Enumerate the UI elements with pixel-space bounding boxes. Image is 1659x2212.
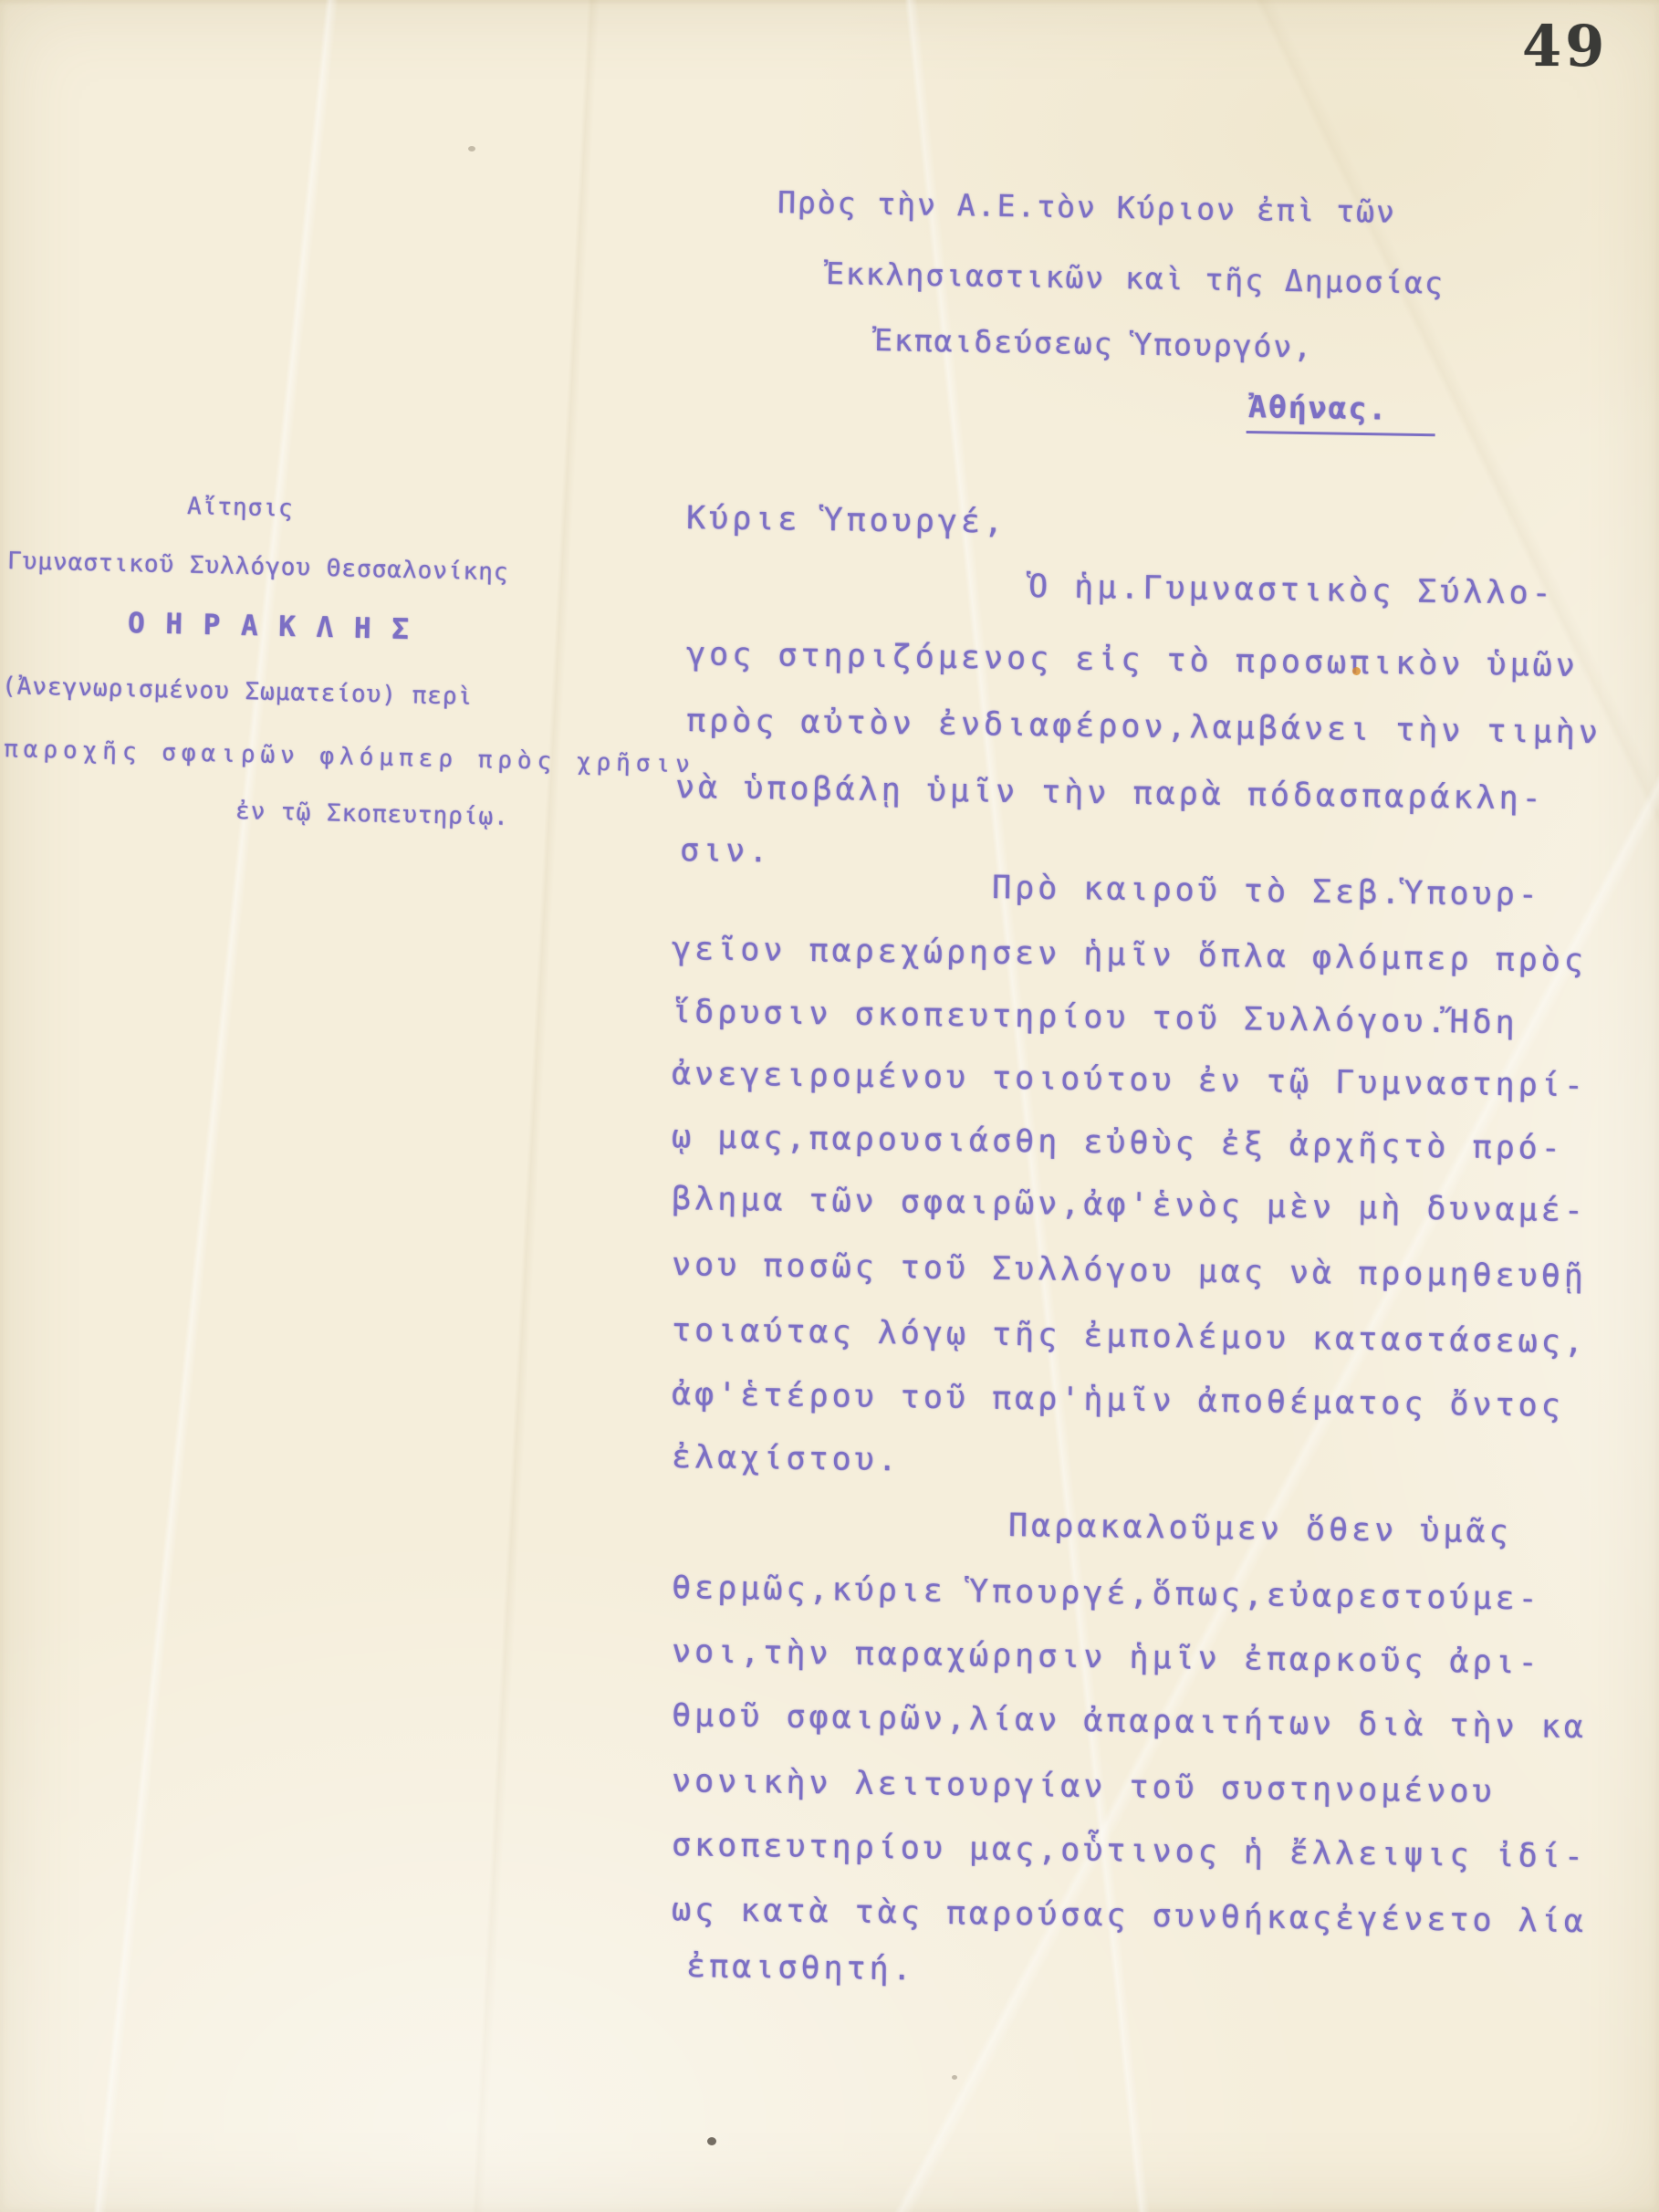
body-line: θερμῶς,κύριε Ὑπουργέ,ὅπως,εὐαρεστούμε- [672,1570,1541,1617]
subject-line: παροχῆς σφαιρῶν φλόμπερ πρὸς χρῆσιν [4,736,695,778]
body-line: Ὁ ἡμ.Γυμναστικὸς Σύλλο- [1028,569,1555,612]
subject-line-title: Αἴτησις [187,493,294,523]
body-line: τοιαύτας λόγῳ τῆς ἐμπολέμου καταστάσεως, [672,1312,1587,1361]
body-line: Παρακαλοῦμεν ὅθεν ὑμᾶς [1008,1508,1512,1550]
body-line: γεῖον παρεχώρησεν ἡμῖν ὅπλα φλόμπερ πρὸς [672,931,1587,979]
body-line: ἐλαχίστου. [672,1439,901,1478]
paper-speck [468,146,475,151]
body-line: σιν. [680,832,772,870]
body-line: ἐπαισθητή. [686,1948,915,1988]
page-number-stamp: 49 [1522,13,1608,79]
paper-texture [0,0,1659,2212]
recipient-line: Ἐκπαιδεύσεως Ὑπουργόν, [874,322,1314,365]
body-line: βλημα τῶν σφαιρῶν,ἀφ'ἑνὸς μὲν μὴ δυναμέ- [672,1181,1587,1229]
recipient-line: Ἐκκλησιαστικῶν καὶ τῆς Δημοσίας [826,256,1445,301]
recipient-line: Πρὸς τὴν Α.Ε.τὸν Κύριον ἐπὶ τῶν [777,184,1396,230]
paper-speck [952,2075,957,2080]
body-line: σκοπευτηρίου μας,οὗτινος ἡ ἔλλειψις ἰδί- [672,1827,1587,1875]
recipient-city-underline: Ἀθήνας. [1247,389,1436,436]
body-line: Πρὸ καιροῦ τὸ Σεβ.Ὑπουρ- [992,870,1541,913]
subject-line: (Ἀνεγνωρισμένου Σωματείου) περὶ [2,673,474,711]
body-line: ἵδρυσιν σκοπευτηρίου τοῦ Συλλόγου.Ἤδη [672,994,1518,1041]
salutation-line: Κύριε Ὑπουργέ, [686,500,1007,541]
body-line: ἀφ'ἑτέρου τοῦ παρ'ἡμῖν ἀποθέματος ὄντος [672,1376,1564,1424]
subject-line-club-name: Ο Η Ρ Α Κ Λ Η Σ [128,607,412,646]
body-line: ως κατὰ τὰς παρούσας συνθήκαςἐγένετο λία [672,1892,1587,1940]
body-line: νὰ ὑποβάλῃ ὑμῖν τὴν παρὰ πόδασπαράκλη- [675,769,1545,817]
paper-speck [707,2137,716,2145]
body-line: γος στηριζόμενος εἰς τὸ προσωπικὸν ὑμῶν [686,636,1579,684]
body-line: θμοῦ σφαιρῶν,λίαν ἀπαραιτήτων διὰ τὴν κα [672,1697,1587,1746]
document-page: 49 Πρὸς τὴν Α.Ε.τὸν Κύριον ἐπὶ τῶν Ἐκκλη… [0,0,1659,2212]
body-line: πρὸς αὐτὸν ἐνδιαφέρον,λαμβάνει τὴν τιμὴν [686,703,1602,751]
recipient-city-line: Ἀθήνας. [1247,389,1436,436]
body-line: ῳ μας,παρουσιάσθη εὐθὺς ἐξ ἀρχῆςτὸ πρό- [672,1119,1564,1167]
body-line: νου ποσῶς τοῦ Συλλόγου μας νὰ προμηθευθῇ [672,1247,1587,1295]
body-line: νοι,τὴν παραχώρησιν ἡμῖν ἐπαρκοῦς ἀρι- [672,1633,1541,1681]
subject-line-club: Γυμναστικοῦ Συλλόγου Θεσσαλονίκης [7,548,509,586]
body-line: ἀνεγειρομένου τοιούτου ἐν τῷ Γυμναστηρί- [672,1056,1587,1104]
body-line: νονικὴν λειτουργίαν τοῦ συστηνομένου [672,1763,1496,1810]
subject-line: ἐν τῷ Σκοπευτηρίῳ. [235,798,509,831]
